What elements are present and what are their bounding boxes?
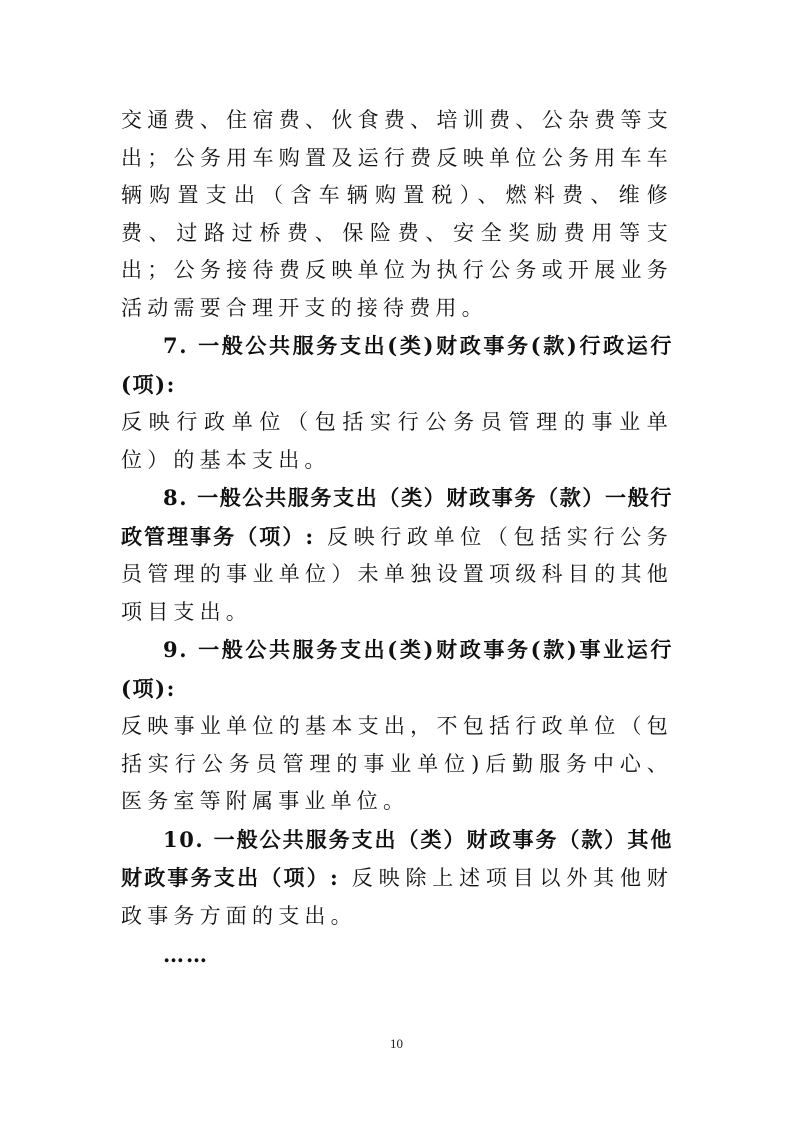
paragraph-item-8: 8. 一般公共服务支出（类）财政事务（款）一般行政管理事务（项）: 反映行政单位… — [121, 479, 673, 631]
item-heading: 7. 一般公共服务支出(类)财政事务(款)行政运行(项): — [121, 333, 673, 397]
paragraph-continued: 交通费、住宿费、伙食费、培训费、公杂费等支出；公务用车购置及运行费反映单位公务用… — [121, 102, 673, 327]
paragraph-item-10: 10. 一般公共服务支出（类）财政事务（款）其他财政事务支出（项）: 反映除上述… — [121, 821, 673, 936]
paragraph-body: 交通费、住宿费、伙食费、培训费、公杂费等支出；公务用车购置及运行费反映单位公务用… — [121, 108, 673, 320]
paragraph-body: 反映事业单位的基本支出，不包括行政单位（包括实行公务员管理的事业单位)后勤服务中… — [121, 714, 673, 813]
page-number: 10 — [0, 1036, 793, 1052]
ellipsis-marker: …… — [121, 935, 673, 975]
paragraph-body: 反映行政单位（包括实行公务员管理的事业单位）的基本支出。 — [121, 410, 673, 472]
document-page: 交通费、住宿费、伙食费、培训费、公杂费等支出；公务用车购置及运行费反映单位公务用… — [121, 102, 673, 975]
item-heading: 9. 一般公共服务支出(类)财政事务(款)事业运行(项): — [121, 637, 673, 701]
paragraph-item-7: 7. 一般公共服务支出(类)财政事务(款)行政运行(项): 反映行政单位（包括实… — [121, 327, 673, 479]
paragraph-item-9: 9. 一般公共服务支出(类)财政事务(款)事业运行(项): 反映事业单位的基本支… — [121, 631, 673, 821]
